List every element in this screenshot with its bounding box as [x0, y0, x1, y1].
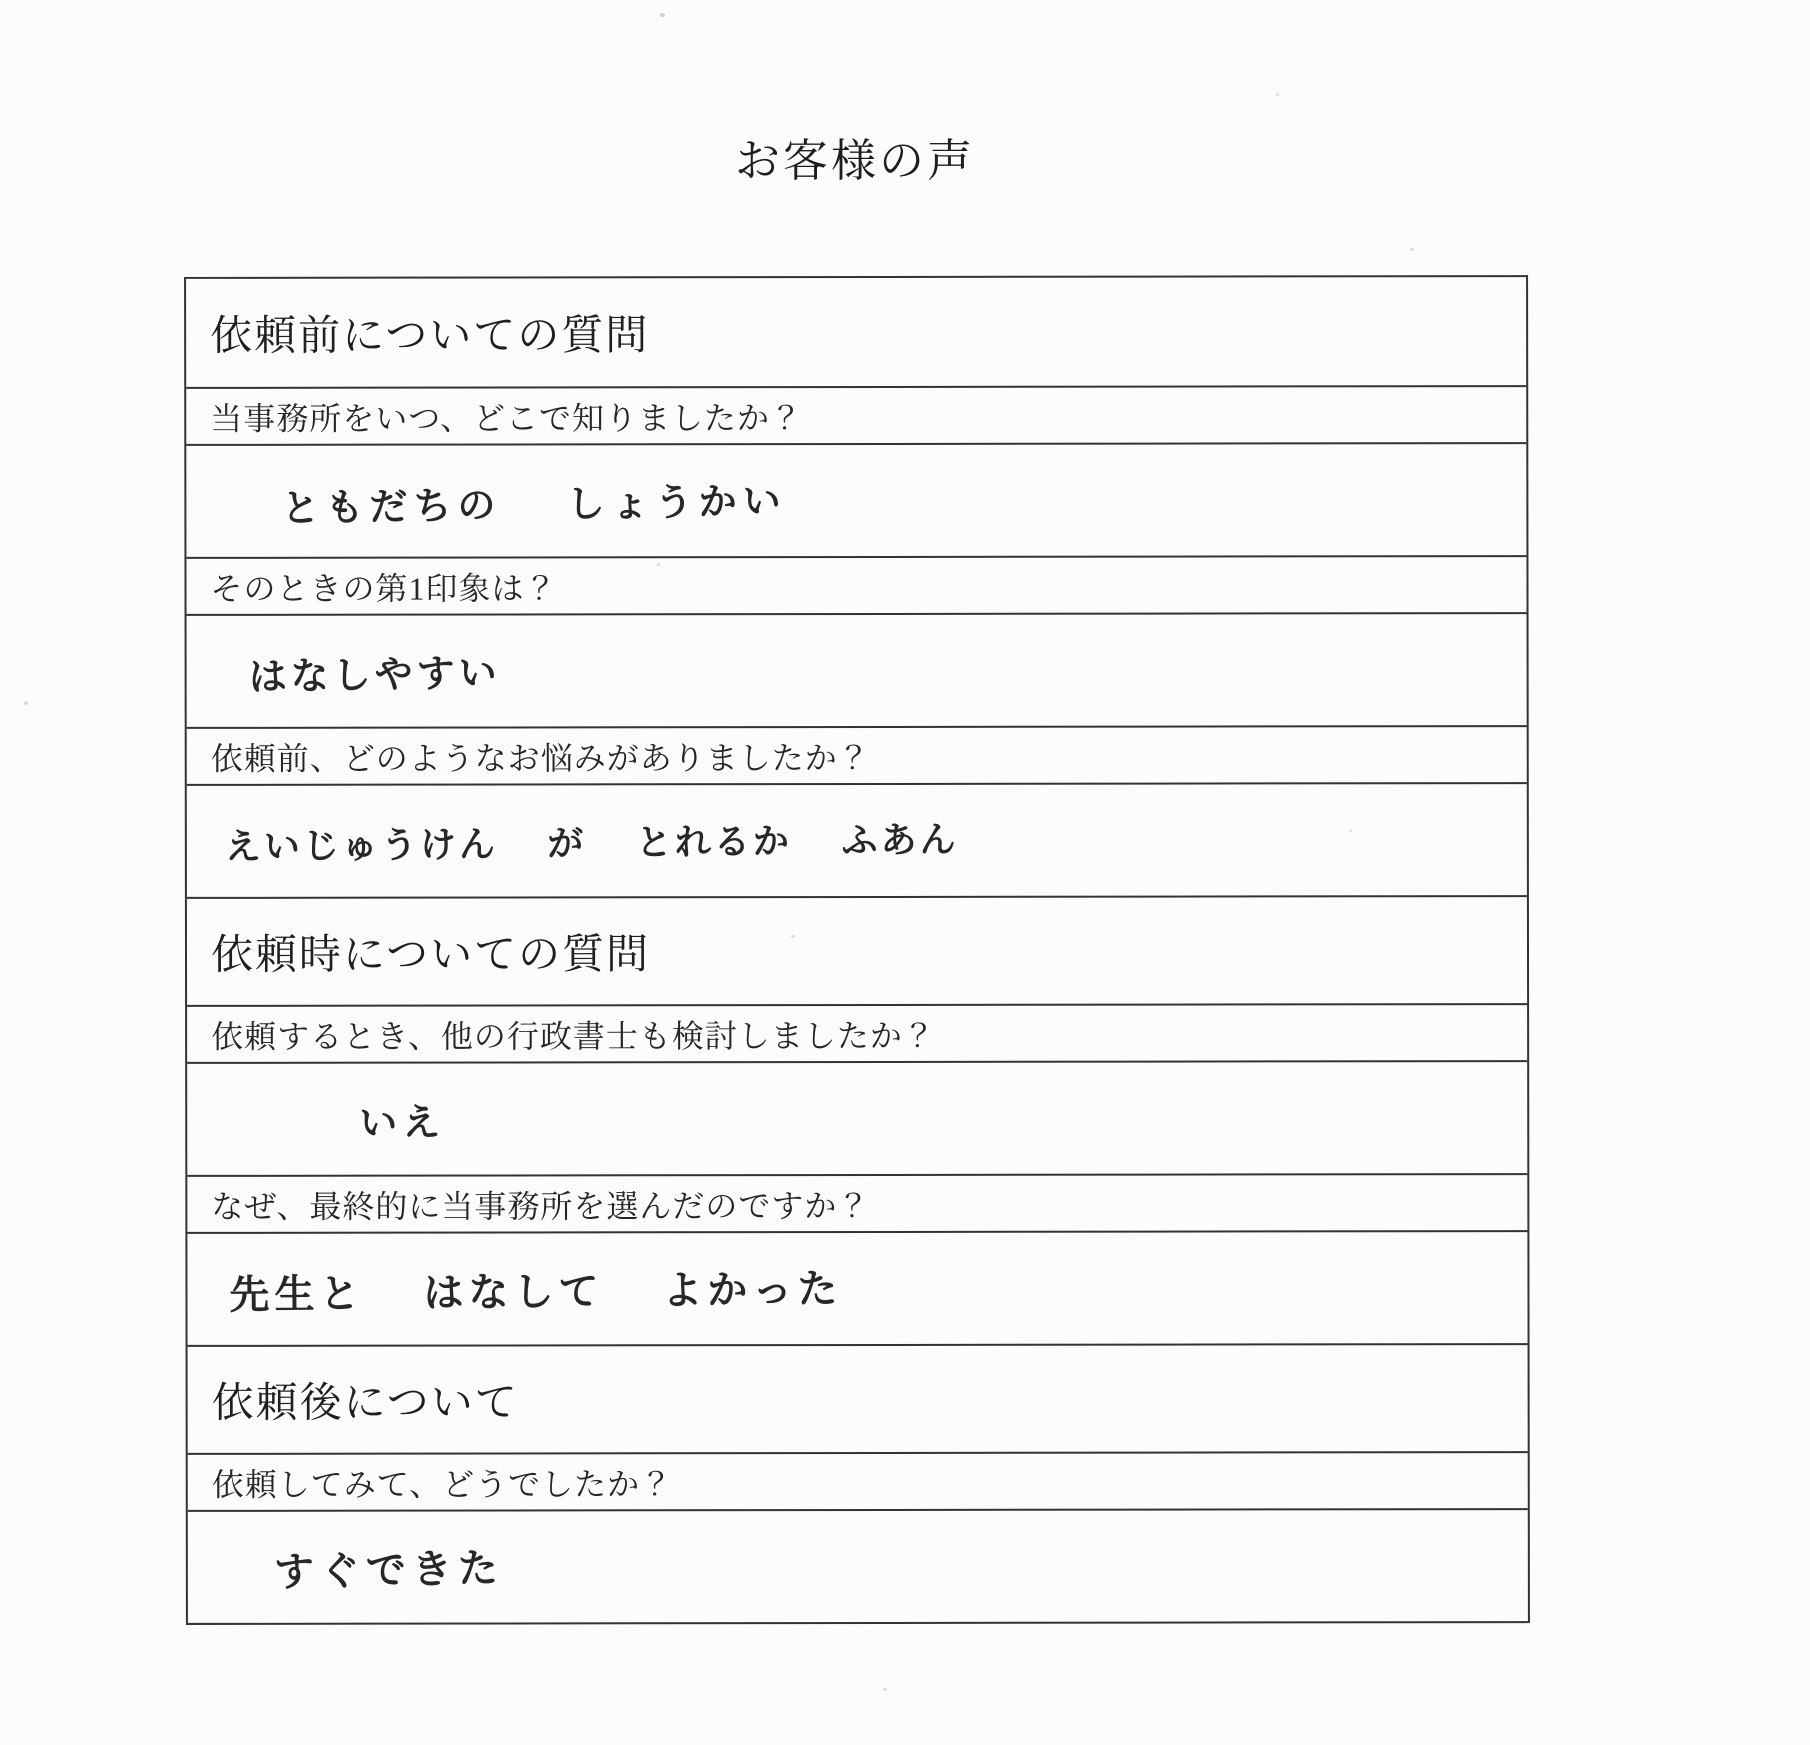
- handwritten-answer: ともだちの しょうかい: [281, 470, 787, 533]
- scan-speck: [1276, 93, 1279, 96]
- handwritten-answer: はなしやすい: [248, 641, 501, 701]
- scan-speck: [883, 1688, 887, 1691]
- question-label: 当事務所をいつ、どこで知りましたか？: [210, 393, 803, 440]
- answer-row-considered-other-scriveners: いえ: [187, 1060, 1527, 1175]
- handwritten-answer: えいじゅうけん が とれるか ふあん: [225, 812, 959, 870]
- scan-speck: [24, 701, 28, 705]
- answer-row-why-chose-this-office: 先生と はなして よかった: [187, 1230, 1527, 1345]
- answer-row-worries-before-request: えいじゅうけん が とれるか ふあん: [187, 782, 1527, 897]
- question-label: 依頼してみて、どうでしたか？: [212, 1459, 673, 1506]
- handwritten-answer: 先生と はなして よかった: [229, 1257, 842, 1320]
- question-label: なぜ、最終的に当事務所を選んだのですか？: [211, 1180, 870, 1227]
- scan-speck: [791, 935, 795, 938]
- section-header-row-before-request: 依頼前についての質問: [186, 277, 1526, 387]
- question-label: 依頼前、どのようなお悩みがありましたか？: [211, 732, 871, 779]
- question-row-considered-other-scriveners: 依頼するとき、他の行政書士も検討しましたか？: [187, 1003, 1527, 1062]
- scan-speck: [657, 563, 660, 566]
- answer-row-first-impression: はなしやすい: [187, 612, 1527, 727]
- handwritten-answer: いえ: [359, 1091, 446, 1147]
- section-header-row-at-request: 依頼時についての質問: [187, 895, 1527, 1005]
- handwritten-answer: すぐできた: [273, 1536, 504, 1597]
- question-row-how-was-it: 依頼してみて、どうでしたか？: [188, 1451, 1528, 1510]
- scan-speck: [1349, 829, 1352, 832]
- question-row-why-chose-this-office: なぜ、最終的に当事務所を選んだのですか？: [187, 1173, 1527, 1232]
- section-header-label: 依頼時についての質問: [211, 921, 650, 982]
- section-header-row-after-request: 依頼後について: [188, 1343, 1528, 1453]
- page-title: お客様の声: [185, 124, 1525, 189]
- answer-row-how-was-it: すぐできた: [188, 1508, 1528, 1623]
- section-header-label: 依頼後について: [212, 1369, 519, 1429]
- section-header-label: 依頼前についての質問: [210, 302, 649, 363]
- question-row-worries-before-request: 依頼前、どのようなお悩みがありましたか？: [187, 725, 1527, 784]
- scanned-document-page: お客様の声 依頼前についての質問 当事務所をいつ、どこで知りましたか？ ともだち…: [0, 0, 1810, 1745]
- question-label: そのときの第1印象は？: [210, 563, 557, 609]
- scan-speck: [1410, 248, 1414, 251]
- scan-speck: [660, 13, 665, 17]
- question-row-where-did-you-learn: 当事務所をいつ、どこで知りましたか？: [186, 385, 1526, 444]
- answer-row-where-did-you-learn: ともだちの しょうかい: [186, 442, 1526, 557]
- question-label: 依頼するとき、他の行政書士も検討しましたか？: [211, 1010, 936, 1057]
- customer-feedback-table: 依頼前についての質問 当事務所をいつ、どこで知りましたか？ ともだちの しょうか…: [184, 275, 1530, 1625]
- question-row-first-impression: そのときの第1印象は？: [186, 555, 1526, 614]
